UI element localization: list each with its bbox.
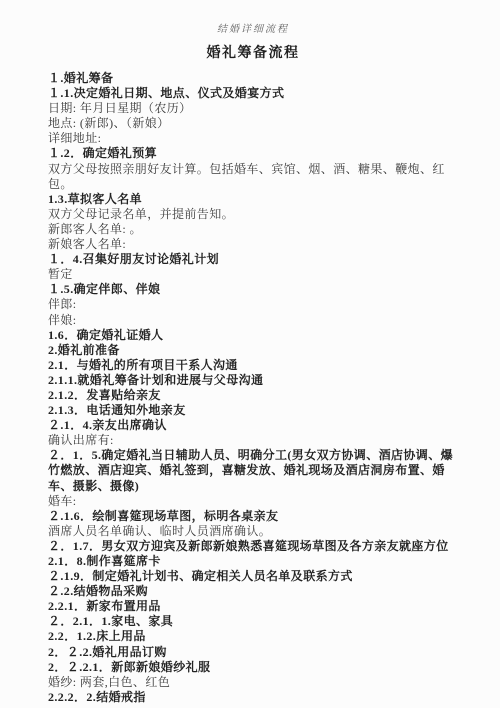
doc-line: 婚纱: 两套,白色、红色 xyxy=(48,675,458,690)
doc-line: 新娘客人名单: xyxy=(48,237,458,252)
doc-line: １．4.召集好朋友讨论婚礼计划 xyxy=(48,252,458,267)
doc-line: 2.1.1.就婚礼筹备计划和进展与父母沟通 xyxy=(48,373,458,388)
doc-line: 2.1.2．发喜贴给亲友 xyxy=(48,388,458,403)
doc-line: 2．２.2.婚礼用品订购 xyxy=(48,645,458,660)
doc-line: ２.1．4.亲友出席确认 xyxy=(48,418,458,433)
doc-line: ２．2.1．1.家电、家具 xyxy=(48,614,458,629)
doc-line: 日期: 年月日星期（农历） xyxy=(48,101,458,116)
doc-line: ２.1.9．制定婚礼计划书、确定相关人员名单及联系方式 xyxy=(48,569,458,584)
doc-line: １.婚礼筹备 xyxy=(48,71,458,86)
doc-line: 2.1．与婚礼的所有项目干系人沟通 xyxy=(48,358,458,373)
document-page: 结婚详细流程 婚礼筹备流程 １.婚礼筹备１.1.决定婚礼日期、地点、仪式及婚宴方… xyxy=(0,0,500,708)
document-header-note: 结婚详细流程 xyxy=(48,20,458,35)
doc-line: 双方父母记录名单，并提前告知。 xyxy=(48,207,458,222)
document-body: １.婚礼筹备１.1.决定婚礼日期、地点、仪式及婚宴方式日期: 年月日星期（农历）… xyxy=(48,71,458,705)
doc-line: 伴娘: xyxy=(48,313,458,328)
doc-line: 地点: (新郎)、（新娘） xyxy=(48,116,458,131)
doc-line: 2.2.1．新家布置用品 xyxy=(48,599,458,614)
doc-line: ２.1.6．绘制喜筵现场草图，标明各桌亲友 xyxy=(48,509,458,524)
doc-line: １.2．确定婚礼预算 xyxy=(48,146,458,161)
doc-line: 暂定 xyxy=(48,267,458,282)
doc-line: ２．1.7．男女双方迎宾及新郎新娘熟悉喜筵现场草图及各方亲友就座方位 xyxy=(48,539,458,554)
doc-line: １.5.确定伴郎、伴娘 xyxy=(48,282,458,297)
doc-line: 详细地址: xyxy=(48,131,458,146)
doc-line: 2.2.2．2.结婚戒指 xyxy=(48,690,458,705)
doc-line: 新郎客人名单: 。 xyxy=(48,222,458,237)
doc-line: 2．２.2.1．新郎新娘婚纱礼服 xyxy=(48,660,458,675)
doc-line: 1.3.草拟客人名单 xyxy=(48,192,458,207)
doc-line: １.1.决定婚礼日期、地点、仪式及婚宴方式 xyxy=(48,86,458,101)
doc-line: 2.2．1.2.床上用品 xyxy=(48,629,458,644)
doc-line: 伴郎: xyxy=(48,297,458,312)
doc-line: 1.6．确定婚礼证婚人 xyxy=(48,328,458,343)
doc-line: 确认出席有: xyxy=(48,433,458,448)
doc-line: 双方父母按照亲朋好友计算。包括婚车、宾馆、烟、酒、糖果、鞭炮、红包。 xyxy=(48,162,458,192)
doc-line: 2.婚礼前准备 xyxy=(48,343,458,358)
doc-line: 2.1．8.制作喜筵席卡 xyxy=(48,554,458,569)
doc-line: ２．1．5.确定婚礼当日辅助人员、明确分工(男女双方协调、酒店协调、爆竹燃放、酒… xyxy=(48,448,458,493)
doc-line: ２.2.结婚物品采购 xyxy=(48,584,458,599)
doc-line: 婚车: xyxy=(48,494,458,509)
document-title: 婚礼筹备流程 xyxy=(48,42,458,62)
doc-line: 2.1.3．电话通知外地亲友 xyxy=(48,403,458,418)
doc-line: 酒席人员名单确认、临时人员酒席确认。 xyxy=(48,524,458,539)
